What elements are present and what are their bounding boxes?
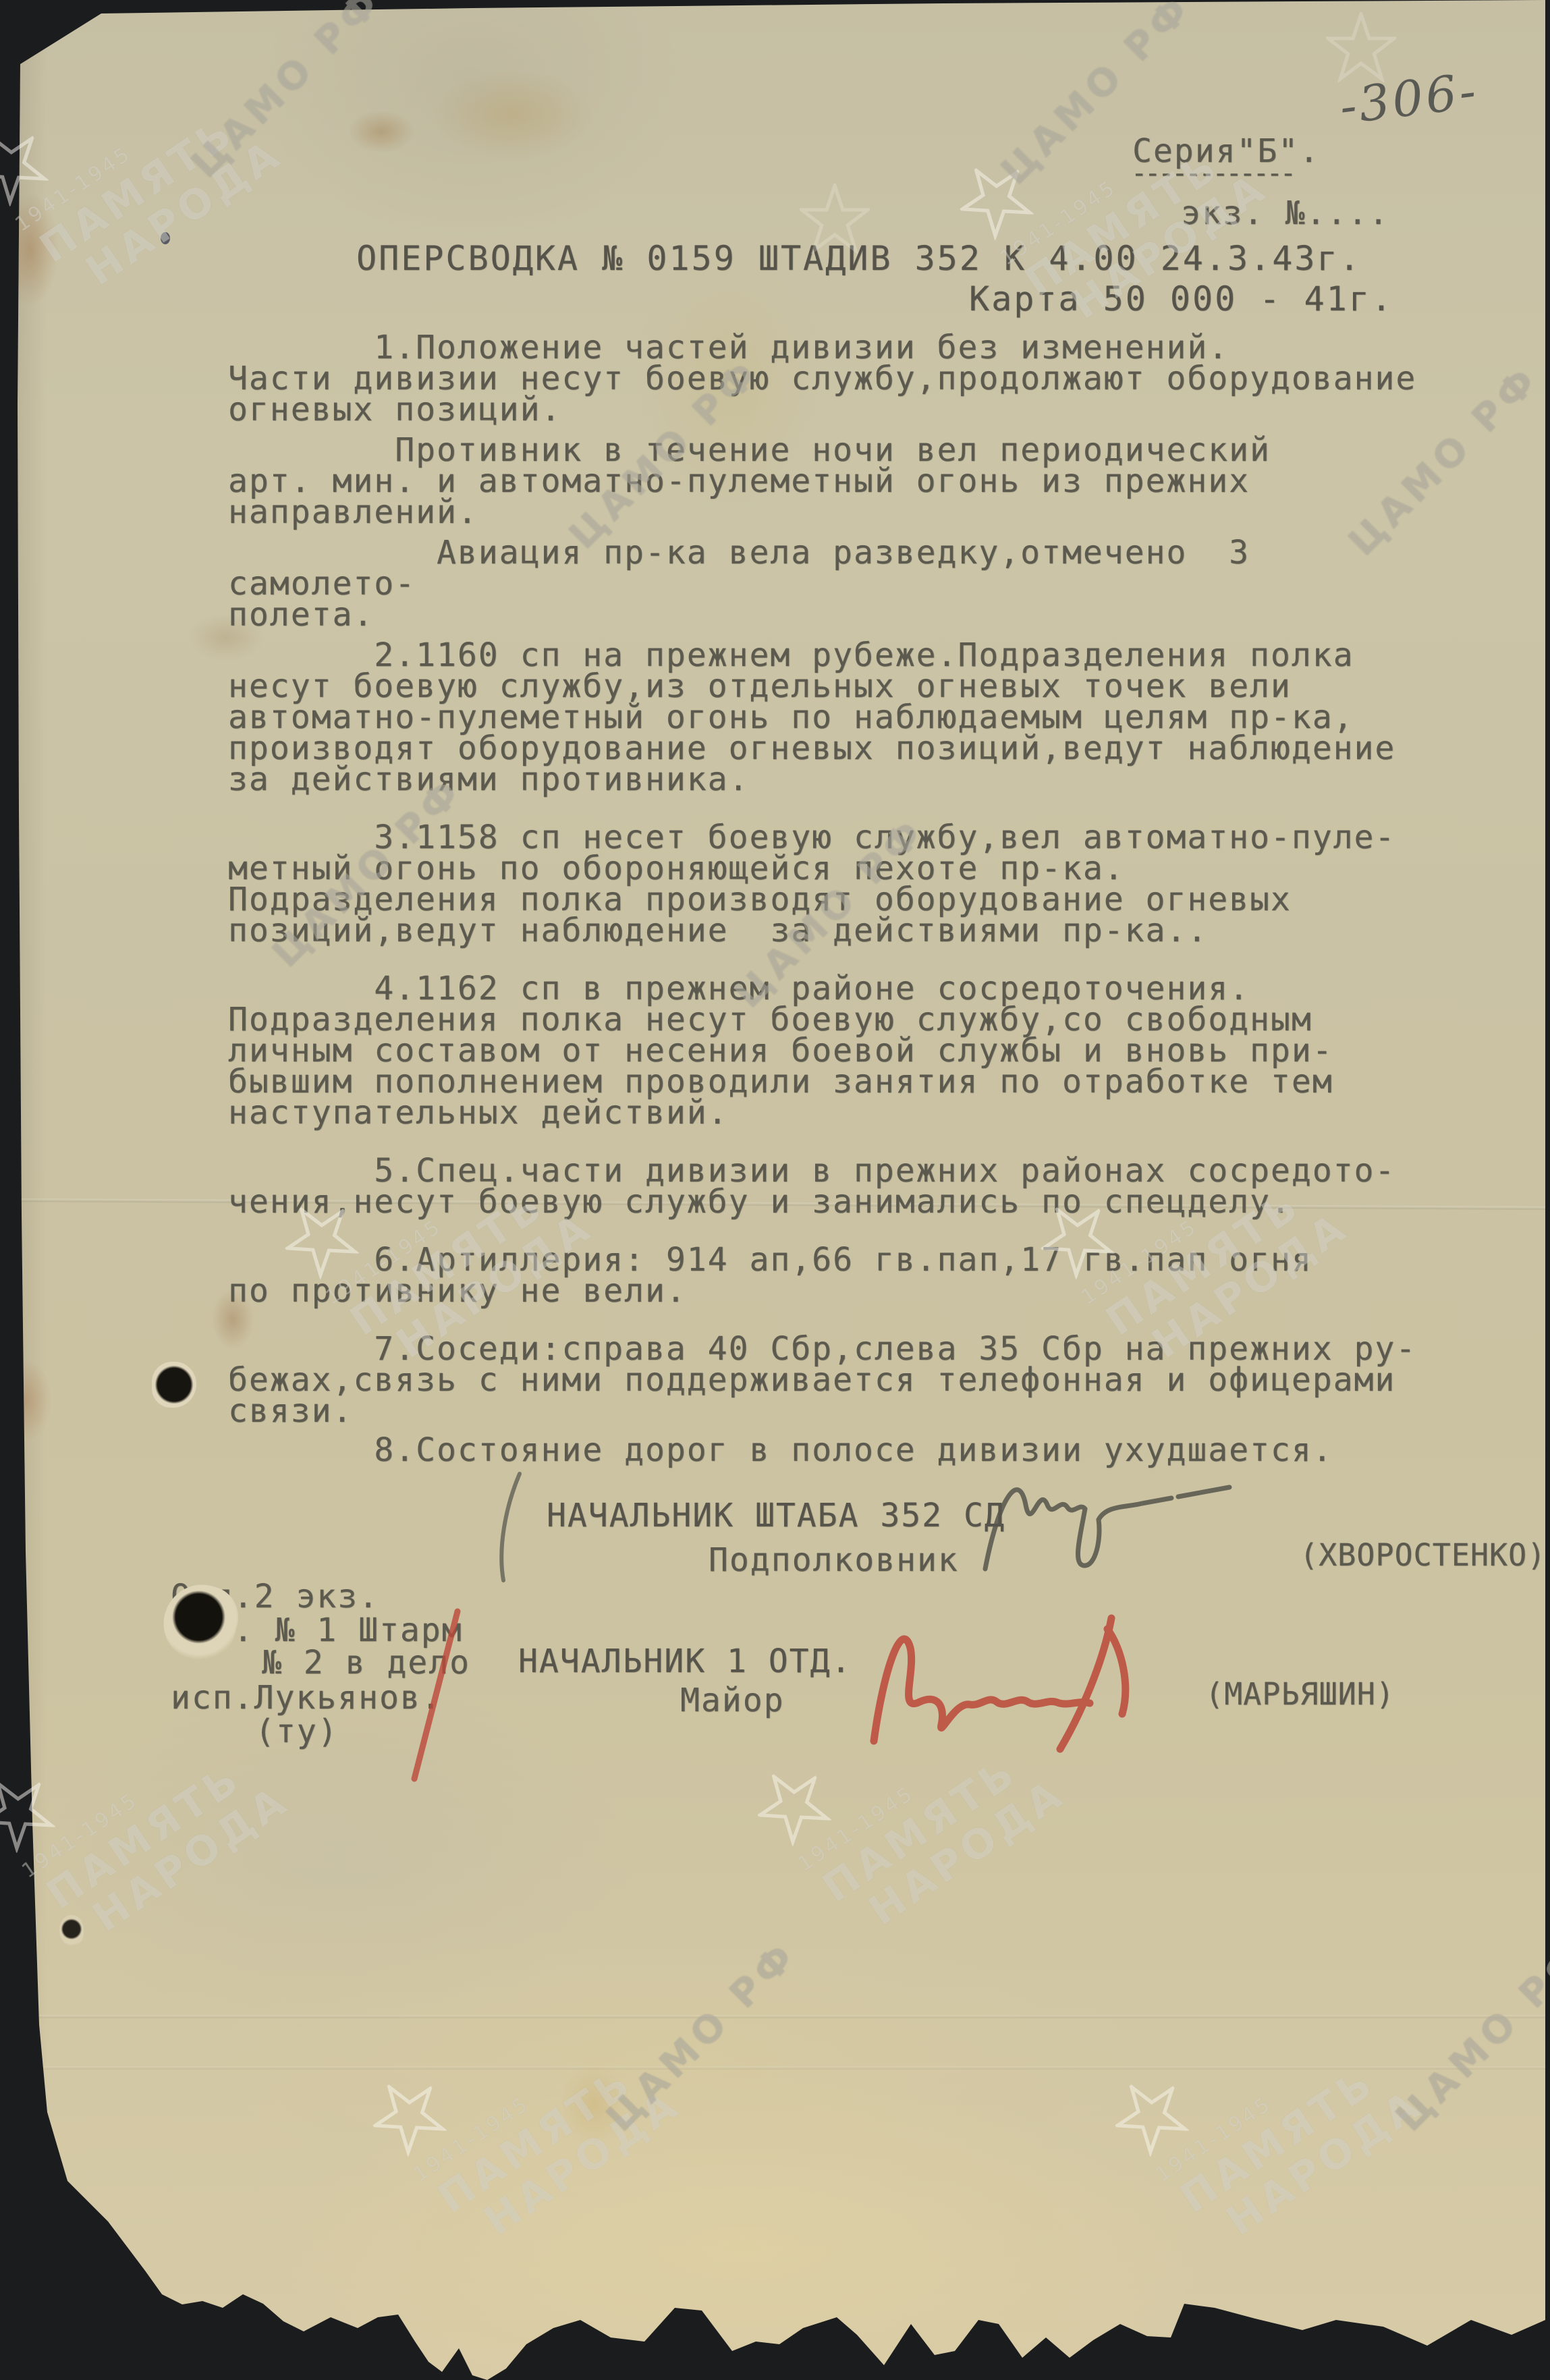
document-paragraph: Авиация пр-ка вела разведку,отмечено 3 с… (228, 537, 1456, 630)
scanned-document-page: -306- Серия"Б". ------------ экз. №.... … (0, 0, 1550, 2380)
red-pencil-slash (405, 1605, 466, 1787)
document-paragraph: Противник в течение ночи вел периодическ… (228, 435, 1456, 528)
paper-crease (20, 2015, 1545, 2018)
punch-hole (152, 1362, 196, 1408)
department-chief-title: НАЧАЛЬНИК 1 ОТД. (518, 1642, 852, 1680)
document-paragraph: 5.Спец.части дивизии в прежних районах с… (228, 1155, 1456, 1217)
department-chief-rank: Майор (680, 1682, 785, 1719)
chief-of-staff-title: НАЧАЛЬНИК ШТАБА 352 СД (547, 1497, 1005, 1534)
copy-number-label: экз. №.... (1181, 194, 1389, 232)
paper-crease (20, 2066, 1545, 2070)
series-underline: ------------ (1131, 158, 1294, 189)
distribution-typist: (ту) (255, 1713, 339, 1750)
document-paragraph: 1.Положение частей дивизии без изменений… (228, 332, 1456, 425)
document-paragraph: 2.1160 сп на прежнем рубеже.Подразделени… (228, 640, 1456, 795)
distribution-executor: исп.Лукьянов. (171, 1679, 442, 1717)
chief-of-staff-name: (ХВОРОСТЕНКО) (1300, 1537, 1546, 1573)
ink-speck (161, 232, 170, 244)
chief-of-staff-signature (972, 1458, 1242, 1586)
document-paragraph: 4.1162 сп в прежнем районе сосредоточени… (228, 973, 1456, 1128)
document-title: ОПЕРСВОДКА № 0159 ШТАДИВ 352 К 4.00 24.3… (356, 239, 1362, 278)
department-chief-signature-red (854, 1599, 1178, 1761)
map-reference: Карта 50 000 - 41г. (969, 279, 1393, 319)
document-body: 1.Положение частей дивизии без изменений… (228, 332, 1456, 1493)
document-paragraph: 8.Состояние дорог в полосе дивизии ухудш… (228, 1435, 1456, 1466)
document-paragraph: 7.Соседи:справа 40 Сбр,слева 35 Сбр на п… (228, 1333, 1456, 1427)
document-paragraph: 6.Артиллерия: 914 ап,66 гв.пап,17 гв.пап… (228, 1244, 1456, 1306)
pencil-checkmark-stroke (489, 1468, 526, 1586)
chief-of-staff-rank: Подполковник (709, 1541, 959, 1579)
document-paper: -306- Серия"Б". ------------ экз. №.... … (0, 0, 1550, 2380)
document-paragraph: 3.1158 сп несет боевую службу,вел автома… (228, 822, 1456, 946)
punch-hole (59, 1915, 84, 1946)
page-number-handwritten: -306- (1337, 62, 1482, 135)
department-chief-name: (МАРЬЯШИН) (1205, 1676, 1395, 1712)
